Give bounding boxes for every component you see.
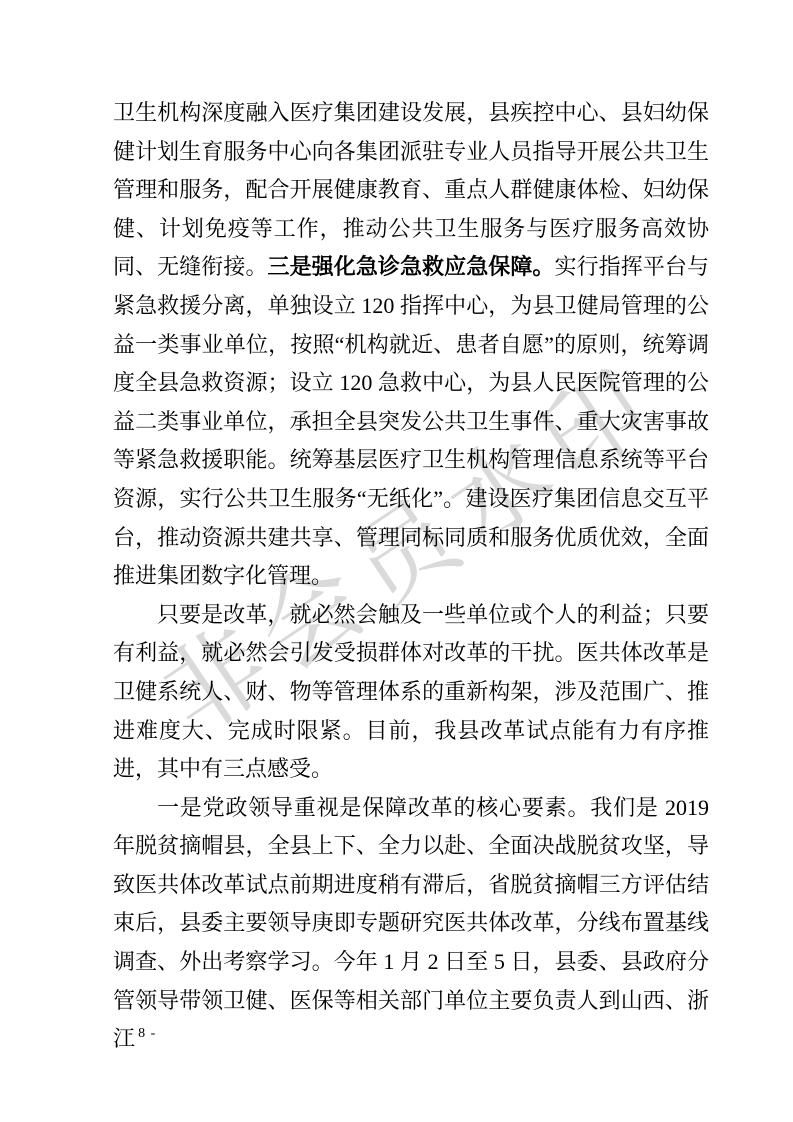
text-run: 一是党政领导重视是保障改革的核心要素。我们是 2019 年脱贫摘帽县，全县上下、… (113, 795, 709, 1052)
text-run: 卫生机构深度融入医疗集团建设发展，县疾控中心、县妇幼保健计划生育服务中心向各集团… (113, 100, 709, 279)
bold-text-run: 三是强化急诊急救应急保障。 (268, 254, 555, 279)
text-run: 实行指挥平台与紧急救援分离，单独设立 120 指挥中心，为县卫健局管理的公益一类… (113, 254, 709, 588)
page-number: - 8 - (128, 1026, 156, 1042)
paragraph: 一是党政领导重视是保障改革的核心要素。我们是 2019 年脱贫摘帽县，全县上下、… (113, 789, 709, 1059)
text-run: 只要是改革，就必然会触及一些单位或个人的利益；只要有利益，就必然会引发受损群体对… (113, 602, 709, 781)
document-page: 非会员水印 卫生机构深度融入医疗集团建设发展，县疾控中心、县妇幼保健计划生育服务… (0, 0, 793, 1122)
document-body: 卫生机构深度融入医疗集团建设发展，县疾控中心、县妇幼保健计划生育服务中心向各集团… (113, 94, 709, 1059)
paragraph: 卫生机构深度融入医疗集团建设发展，县疾控中心、县妇幼保健计划生育服务中心向各集团… (113, 94, 709, 596)
paragraph: 只要是改革，就必然会触及一些单位或个人的利益；只要有利益，就必然会引发受损群体对… (113, 596, 709, 789)
